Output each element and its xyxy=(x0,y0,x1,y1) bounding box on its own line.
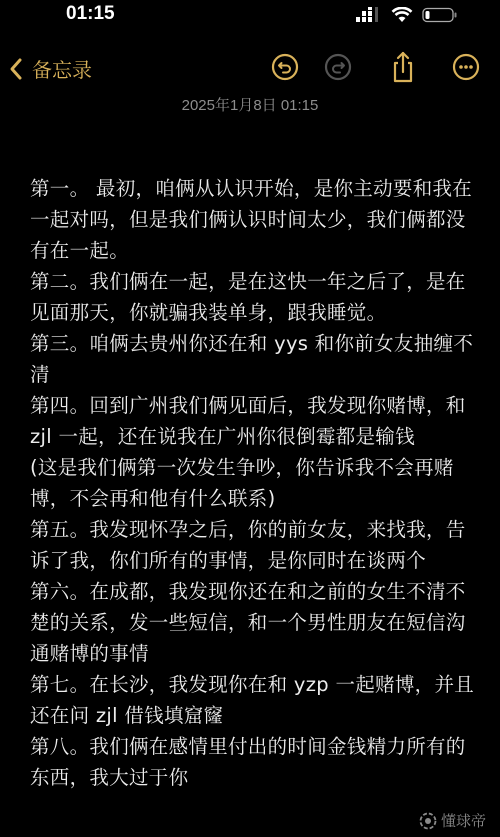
note-line: 诉了我，你们所有的事情，是你同时在谈两个 xyxy=(30,545,470,576)
note-line: 第七。在长沙，我发现你在和 yzp 一起赌博，并且 xyxy=(30,669,470,700)
note-line: 第一。 最初，咱俩从认识开始，是你主动要和我在 xyxy=(30,173,470,204)
note-date: 2025年1月8日 01:15 xyxy=(0,94,500,115)
note-line: 楚的关系，发一些短信，和一个男性朋友在短信沟 xyxy=(30,607,470,638)
note-line: 第三。咱俩去贵州你还在和 yys 和你前女友抽缠不 xyxy=(30,328,470,359)
nav-bar: 备忘录 xyxy=(0,48,500,88)
cellular-signal-icon xyxy=(356,7,382,23)
wifi-icon xyxy=(391,7,413,23)
soccer-ball-icon xyxy=(419,812,437,830)
more-icon[interactable] xyxy=(451,52,481,82)
note-line: 清 xyxy=(30,359,470,390)
note-line: 第五。我发现怀孕之后，你的前女友，来找我，告 xyxy=(30,514,470,545)
back-button[interactable]: 备忘录 xyxy=(8,54,92,83)
note-line: 博，不会再和他有什么联系) xyxy=(30,483,470,514)
status-bar: 01:15 xyxy=(0,0,500,32)
note-line: 还在问 zjl 借钱填窟窿 xyxy=(30,700,470,731)
note-line: 有在一起。 xyxy=(30,235,470,266)
status-time: 01:15 xyxy=(66,3,115,25)
chevron-left-icon xyxy=(8,57,24,81)
note-line: 一起对吗，但是我们俩认识时间太少，我们俩都没 xyxy=(30,204,470,235)
back-label: 备忘录 xyxy=(32,54,92,83)
watermark: 懂球帝 xyxy=(419,810,486,831)
note-line: 第二。我们俩在一起，是在这快一年之后了，是在 xyxy=(30,266,470,297)
battery-icon xyxy=(422,7,458,23)
undo-icon[interactable] xyxy=(270,52,300,82)
status-icons xyxy=(356,7,458,23)
redo-icon[interactable] xyxy=(323,52,353,82)
note-line: 见面那天，你就骗我装单身，跟我睡觉。 xyxy=(30,297,470,328)
note-line: 通赌博的事情 xyxy=(30,638,470,669)
note-line: 第八。我们俩在感情里付出的时间金钱精力所有的 xyxy=(30,731,470,762)
note-line: 第六。在成都，我发现你还在和之前的女生不清不 xyxy=(30,576,470,607)
note-body[interactable]: 第一。 最初，咱俩从认识开始，是你主动要和我在 一起对吗，但是我们俩认识时间太少… xyxy=(30,173,470,793)
note-line: zjl 一起，还在说我在广州你很倒霉都是输钱 xyxy=(30,421,470,452)
watermark-label: 懂球帝 xyxy=(441,810,486,831)
note-line: (这是我们俩第一次发生争吵，你告诉我不会再赌 xyxy=(30,452,470,483)
note-line: 第四。回到广州我们俩见面后，我发现你赌博，和 xyxy=(30,390,470,421)
note-line: 东西，我大过于你 xyxy=(30,762,470,793)
share-icon[interactable] xyxy=(388,50,418,84)
